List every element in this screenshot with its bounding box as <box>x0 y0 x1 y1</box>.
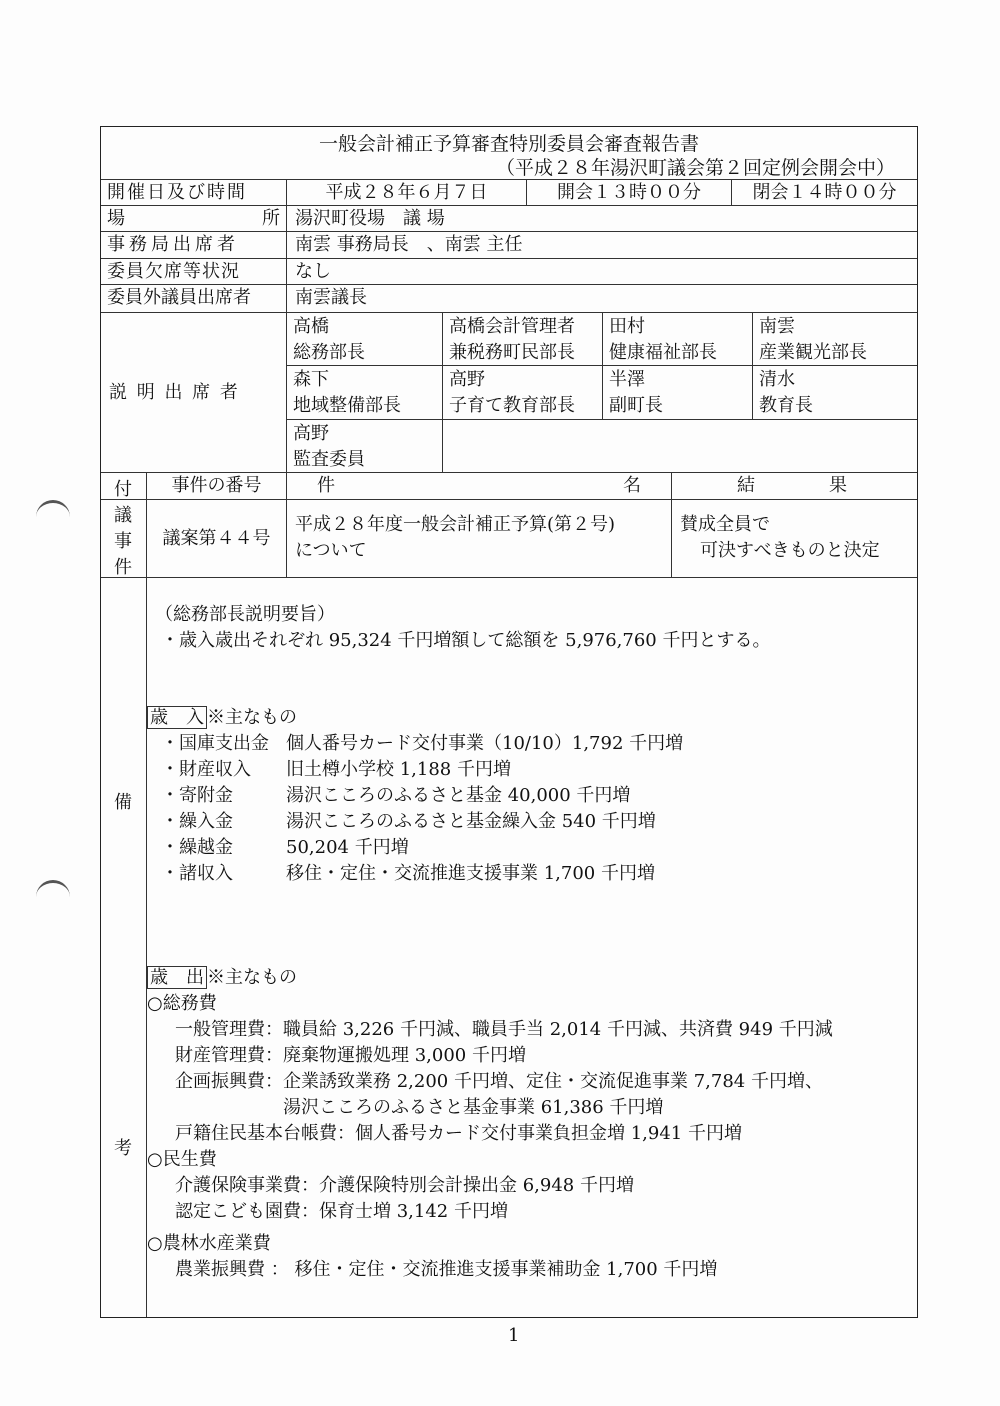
revenue-item-text: 個人番号カード交付事業（10/10）1,792 千円増 <box>286 733 683 754</box>
explainer-title: 副町長 <box>609 393 746 419</box>
remarks-content: （総務部長説明要旨） ・歳入歳出それぞれ 95,324 千円増額して総額を 5,… <box>147 578 917 1317</box>
expenditure-line: 介護保険事業費：介護保険特別会計操出金 6,948 千円増 <box>175 1171 634 1197</box>
page-number: 1 <box>508 1325 519 1346</box>
revenue-item-label: ・財産収入 <box>161 755 286 781</box>
revenue-item: ・財産収入旧土樽小学校 1,188 千円増 <box>161 755 511 781</box>
expenditure-category: ○農林水産業費 <box>147 1229 271 1255</box>
place-label-part: 所 <box>262 206 280 231</box>
secretariat-label: 事務局出席者 <box>101 232 286 258</box>
empty-cell <box>442 420 917 473</box>
revenue-heading-note: ※主なもの <box>207 707 297 728</box>
revenue-item-label: ・諸収入 <box>161 859 286 885</box>
expenditure-line: 財産管理費：廃棄物運搬処理 3,000 千円増 <box>175 1041 526 1067</box>
revenue-item-label: ・寄附金 <box>161 781 286 807</box>
explainer-cell: 清水 教育長 <box>752 366 917 419</box>
explainer-title: 監査委員 <box>293 447 448 473</box>
non-member-label: 委員外議員出席者 <box>101 285 286 312</box>
title-row: 一般会計補正予算審査特別委員会審査報告書 （平成２８年湯沢町議会第２回定例会開会… <box>101 127 917 180</box>
explainer-cell: 半澤 副町長 <box>602 366 752 419</box>
case-result-line: 賛成全員で <box>680 512 909 538</box>
non-member-row: 委員外議員出席者 南雲議長 <box>101 285 917 313</box>
expenditure-line: 認定こども園費：保育士増 3,142 千円増 <box>175 1197 508 1223</box>
col-case-name-part: 件 <box>317 473 335 499</box>
case-result-line: 可決すべきものと決定 <box>680 538 909 564</box>
side-char: 付 <box>101 475 145 501</box>
revenue-item: ・寄附金湯沢こころのふるさと基金 40,000 千円増 <box>161 781 630 807</box>
revenue-heading: 歳 入※主なもの <box>147 703 297 729</box>
place-label-part: 場 <box>107 206 125 231</box>
col-result: 結 果 <box>671 473 917 499</box>
explainer-name: 南雲 <box>759 314 911 340</box>
secretariat-value: 南雲 事務局長 、南雲 主任 <box>286 232 917 258</box>
revenue-item: ・諸収入移住・定住・交流推進支援事業 1,700 千円増 <box>161 859 655 885</box>
revenue-heading-box: 歳 入 <box>147 706 207 729</box>
meeting-date: 平成２８年６月７日 <box>286 180 526 205</box>
place-value: 湯沢町役場 議 場 <box>286 206 917 231</box>
explainer-cell: 高橋 総務部長 <box>287 313 454 367</box>
close-time: 閉会１４時００分 <box>731 180 917 205</box>
col-case-number: 事件の番号 <box>147 473 286 499</box>
open-time: 開会１３時００分 <box>526 180 731 205</box>
explainer-title: 地域整備部長 <box>293 393 448 419</box>
secretariat-row: 事務局出席者 南雲 事務局長 、南雲 主任 <box>101 232 917 259</box>
explainer-name: 田村 <box>609 314 746 340</box>
place-label: 場 所 <box>101 206 286 231</box>
non-member-value: 南雲議長 <box>286 285 917 312</box>
revenue-item-text: 湯沢こころのふるさと基金繰入金 540 千円増 <box>286 811 656 832</box>
absence-value: なし <box>286 259 917 284</box>
agenda-header-row: 事件の番号 件 名 結 果 <box>101 473 917 500</box>
expenditure-heading-box: 歳 出 <box>147 966 207 989</box>
col-case-name: 件 名 <box>286 473 671 499</box>
expenditure-heading: 歳 出※主なもの <box>147 963 297 989</box>
explainer-name: 清水 <box>759 367 911 393</box>
explainer-cell: 高野 監査委員 <box>287 420 454 474</box>
col-result-part: 結 <box>737 473 755 499</box>
date-row: 開催日及び時間 平成２８年６月７日 開会１３時００分 閉会１４時００分 <box>101 180 917 206</box>
explainer-cell: 田村 健康福祉部長 <box>602 313 752 365</box>
col-case-name-part: 名 <box>623 473 641 499</box>
expenditure-line: 戸籍住民基本台帳費：個人番号カード交付事業負担金増 1,941 千円増 <box>175 1119 742 1145</box>
explainer-name: 高橋会計管理者 <box>449 314 596 340</box>
case-number: 議案第４４号 <box>147 500 286 577</box>
expenditure-line: 企画振興費：企業誘致業務 2,200 千円増、定住・交流促進事業 7,784 千… <box>175 1067 823 1093</box>
explainer-title: 子育て教育部長 <box>449 393 596 419</box>
absence-row: 委員欠席等状況 なし <box>101 259 917 285</box>
revenue-item: ・繰越金50,204 千円増 <box>161 833 409 859</box>
place-row: 場 所 湯沢町役場 議 場 <box>101 206 917 232</box>
report-table: 一般会計補正予算審査特別委員会審査報告書 （平成２８年湯沢町議会第２回定例会開会… <box>100 126 918 1318</box>
revenue-item-label: ・繰入金 <box>161 807 286 833</box>
side-char: 考 <box>101 1134 145 1160</box>
explainer-cell: 高橋会計管理者 兼税務町民部長 <box>442 313 602 365</box>
expenditure-line: 農業振興費 ： 移住・定住・交流推進支援事業補助金 1,700 千円増 <box>175 1255 717 1281</box>
explainer-name: 半澤 <box>609 367 746 393</box>
explainers-grid: 高橋 総務部長 高橋会計管理者 兼税務町民部長 田村 健康福祉部長 南雲 産業観… <box>286 313 917 472</box>
revenue-item-text: 旧土樽小学校 1,188 千円増 <box>286 759 511 780</box>
explainer-cell: 高野 子育て教育部長 <box>442 366 602 419</box>
intro-text: ・歳入歳出それぞれ 95,324 千円増額して総額を 5,976,760 千円と… <box>161 626 770 652</box>
explainer-cell: 南雲 産業観光部長 <box>752 313 917 365</box>
absence-label: 委員欠席等状況 <box>101 259 286 284</box>
revenue-item-text: 移住・定住・交流推進支援事業 1,700 千円増 <box>286 863 655 884</box>
agenda-row: 議案第４４号 平成２８年度一般会計補正予算(第２号) について 賛成全員で 可決… <box>101 500 917 578</box>
col-result-part: 果 <box>829 473 847 499</box>
expenditure-line: 湯沢こころのふるさと基金事業 61,386 千円増 <box>283 1093 663 1119</box>
expenditure-category: ○総務費 <box>147 989 217 1015</box>
case-name: 平成２８年度一般会計補正予算(第２号) について <box>286 500 671 577</box>
document-title: 一般会計補正予算審査特別委員会審査報告書 <box>101 129 917 156</box>
explainers-block: 説 明 出 席 者 高橋 総務部長 高橋会計管理者 兼税務町民部長 田村 健康福… <box>101 313 917 473</box>
remarks-section: 備 考 （総務部長説明要旨） ・歳入歳出それぞれ 95,324 千円増額して総額… <box>101 578 917 1317</box>
intro-heading: （総務部長説明要旨） <box>155 600 335 626</box>
agenda-side-label: 付 議 事 件 <box>101 473 147 578</box>
document-page: 一般会計補正予算審査特別委員会審査報告書 （平成２８年湯沢町議会第２回定例会開会… <box>0 0 1000 1406</box>
document-subtitle: （平成２８年湯沢町議会第２回定例会開会中） <box>496 153 895 180</box>
explainer-title: 教育長 <box>759 393 911 419</box>
side-char: 事 <box>101 527 145 553</box>
revenue-item: ・繰入金湯沢こころのふるさと基金繰入金 540 千円増 <box>161 807 656 833</box>
revenue-item-label: ・国庫支出金 <box>161 729 286 755</box>
side-char: 備 <box>101 788 145 814</box>
explainer-name: 森下 <box>293 367 448 393</box>
revenue-item-text: 50,204 千円増 <box>286 837 409 858</box>
explainer-name: 高野 <box>449 367 596 393</box>
date-label: 開催日及び時間 <box>101 180 286 205</box>
explainer-title: 兼税務町民部長 <box>449 340 596 366</box>
revenue-item: ・国庫支出金個人番号カード交付事業（10/10）1,792 千円増 <box>161 729 683 755</box>
case-name-line: 平成２８年度一般会計補正予算(第２号) <box>295 512 663 538</box>
explainers-label: 説 明 出 席 者 <box>101 313 286 472</box>
explainer-title: 総務部長 <box>293 340 448 366</box>
side-char: 議 <box>101 501 145 527</box>
punch-hole-mark <box>36 500 70 519</box>
revenue-item-text: 湯沢こころのふるさと基金 40,000 千円増 <box>286 785 630 806</box>
explainer-title: 健康福祉部長 <box>609 340 746 366</box>
remarks-side-label: 備 考 <box>101 578 147 1317</box>
revenue-item-label: ・繰越金 <box>161 833 286 859</box>
expenditure-heading-note: ※主なもの <box>207 967 297 988</box>
expenditure-category: ○民生費 <box>147 1145 217 1171</box>
explainer-name: 高橋 <box>293 314 448 340</box>
case-name-line: について <box>295 538 663 564</box>
expenditure-line: 一般管理費：職員給 3,226 千円減、職員手当 2,014 千円減、共済費 9… <box>175 1015 833 1041</box>
explainer-name: 高野 <box>293 421 448 447</box>
case-result: 賛成全員で 可決すべきものと決定 <box>671 500 917 577</box>
explainer-title: 産業観光部長 <box>759 340 911 366</box>
explainer-cell: 森下 地域整備部長 <box>287 366 454 420</box>
side-char: 件 <box>101 553 145 579</box>
punch-hole-mark <box>36 880 70 899</box>
